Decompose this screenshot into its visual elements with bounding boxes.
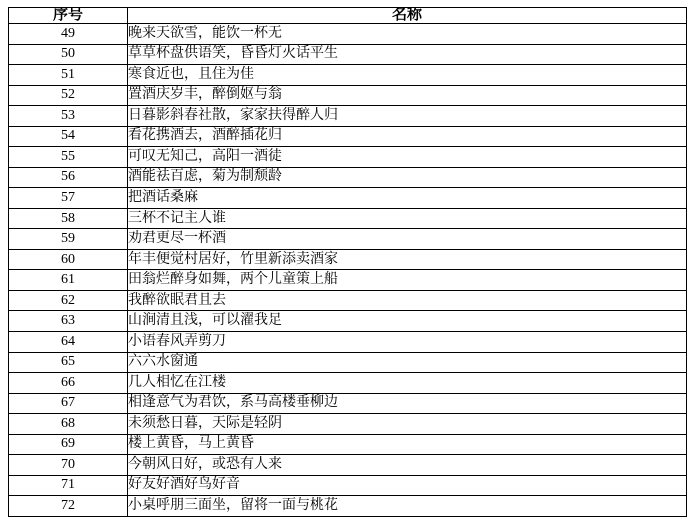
row-index-cell: 67 <box>9 393 128 414</box>
row-name-cell: 小语春风弄剪刀 <box>128 331 687 352</box>
row-name-cell: 晚来天欲雪，能饮一杯无 <box>128 24 687 45</box>
table-row: 52 置酒庆岁丰，醉倒妪与翁 <box>9 85 687 106</box>
table-row: 63 山涧清且浅，可以濯我足 <box>9 311 687 332</box>
table-row: 54 看花携酒去，酒醉插花归 <box>9 126 687 147</box>
row-name-cell: 劝君更尽一杯酒 <box>128 229 687 250</box>
row-index-cell: 72 <box>9 496 128 517</box>
table-row: 53 日暮影斜春社散，家家扶得醉人归 <box>9 106 687 127</box>
row-name-cell: 三杯不记主人谁 <box>128 208 687 229</box>
row-name-cell: 寒食近也，且住为佳 <box>128 65 687 86</box>
row-name-cell: 酒能祛百虑，菊为制颓龄 <box>128 167 687 188</box>
row-index-cell: 50 <box>9 44 128 65</box>
table-row: 67 相逢意气为君饮，系马高楼垂柳边 <box>9 393 687 414</box>
row-name-cell: 置酒庆岁丰，醉倒妪与翁 <box>128 85 687 106</box>
row-name-cell: 把酒话桑麻 <box>128 188 687 209</box>
table-row: 64 小语春风弄剪刀 <box>9 331 687 352</box>
row-name-cell: 小桌呼朋三面坐，留将一面与桃花 <box>128 496 687 517</box>
row-index-cell: 62 <box>9 290 128 311</box>
row-name-cell: 日暮影斜春社散，家家扶得醉人归 <box>128 106 687 127</box>
row-index-cell: 63 <box>9 311 128 332</box>
table-row: 49 晚来天欲雪，能饮一杯无 <box>9 24 687 45</box>
table-row: 60 年丰便觉村居好，竹里新添卖酒家 <box>9 249 687 270</box>
table-row: 70 今朝风日好，或恐有人来 <box>9 455 687 476</box>
row-name-cell: 可叹无知己，高阳一酒徒 <box>128 147 687 168</box>
row-index-cell: 71 <box>9 475 128 496</box>
table-row: 58 三杯不记主人谁 <box>9 208 687 229</box>
row-index-cell: 57 <box>9 188 128 209</box>
row-index-cell: 70 <box>9 455 128 476</box>
row-name-cell: 未须愁日暮，天际是轻阴 <box>128 414 687 435</box>
row-index-cell: 51 <box>9 65 128 86</box>
header-cell-index: 序号 <box>9 8 128 24</box>
row-name-cell: 楼上黄昏，马上黄昏 <box>128 434 687 455</box>
table-row: 56 酒能祛百虑，菊为制颓龄 <box>9 167 687 188</box>
table-row: 72 小桌呼朋三面坐，留将一面与桃花 <box>9 496 687 517</box>
table-row: 62 我醉欲眠君且去 <box>9 290 687 311</box>
document-page: 序号 名称 49 晚来天欲雪，能饮一杯无 50 草草杯盘供语笑，昏昏灯火话平生 … <box>0 0 695 524</box>
row-index-cell: 64 <box>9 331 128 352</box>
row-index-cell: 53 <box>9 106 128 127</box>
row-name-cell: 六六水窗通 <box>128 352 687 373</box>
poem-list-table: 序号 名称 49 晚来天欲雪，能饮一杯无 50 草草杯盘供语笑，昏昏灯火话平生 … <box>8 7 687 517</box>
table-row: 50 草草杯盘供语笑，昏昏灯火话平生 <box>9 44 687 65</box>
row-name-cell: 今朝风日好，或恐有人来 <box>128 455 687 476</box>
row-index-cell: 55 <box>9 147 128 168</box>
table-row: 57 把酒话桑麻 <box>9 188 687 209</box>
row-index-cell: 59 <box>9 229 128 250</box>
row-name-cell: 山涧清且浅，可以濯我足 <box>128 311 687 332</box>
row-name-cell: 田翁烂醉身如舞，两个儿童策上船 <box>128 270 687 291</box>
row-name-cell: 好友好酒好鸟好音 <box>128 475 687 496</box>
row-name-cell: 年丰便觉村居好，竹里新添卖酒家 <box>128 249 687 270</box>
row-index-cell: 68 <box>9 414 128 435</box>
row-index-cell: 60 <box>9 249 128 270</box>
row-index-cell: 54 <box>9 126 128 147</box>
row-index-cell: 58 <box>9 208 128 229</box>
table-row: 55 可叹无知己，高阳一酒徒 <box>9 147 687 168</box>
row-name-cell: 几人相忆在江楼 <box>128 373 687 394</box>
table-row: 69 楼上黄昏，马上黄昏 <box>9 434 687 455</box>
table-row: 71 好友好酒好鸟好音 <box>9 475 687 496</box>
table-row: 66 几人相忆在江楼 <box>9 373 687 394</box>
row-index-cell: 52 <box>9 85 128 106</box>
row-index-cell: 56 <box>9 167 128 188</box>
row-name-cell: 我醉欲眠君且去 <box>128 290 687 311</box>
table-row: 51 寒食近也，且住为佳 <box>9 65 687 86</box>
table-row: 68 未须愁日暮，天际是轻阴 <box>9 414 687 435</box>
table-row: 59 劝君更尽一杯酒 <box>9 229 687 250</box>
row-index-cell: 61 <box>9 270 128 291</box>
header-cell-name: 名称 <box>128 8 687 24</box>
row-index-cell: 69 <box>9 434 128 455</box>
table-row: 65 六六水窗通 <box>9 352 687 373</box>
row-index-cell: 66 <box>9 373 128 394</box>
row-name-cell: 看花携酒去，酒醉插花归 <box>128 126 687 147</box>
table-row: 61 田翁烂醉身如舞，两个儿童策上船 <box>9 270 687 291</box>
table-body: 49 晚来天欲雪，能饮一杯无 50 草草杯盘供语笑，昏昏灯火话平生 51 寒食近… <box>9 24 687 517</box>
row-name-cell: 草草杯盘供语笑，昏昏灯火话平生 <box>128 44 687 65</box>
row-name-cell: 相逢意气为君饮，系马高楼垂柳边 <box>128 393 687 414</box>
row-index-cell: 49 <box>9 24 128 45</box>
row-index-cell: 65 <box>9 352 128 373</box>
table-header-row: 序号 名称 <box>9 8 687 24</box>
